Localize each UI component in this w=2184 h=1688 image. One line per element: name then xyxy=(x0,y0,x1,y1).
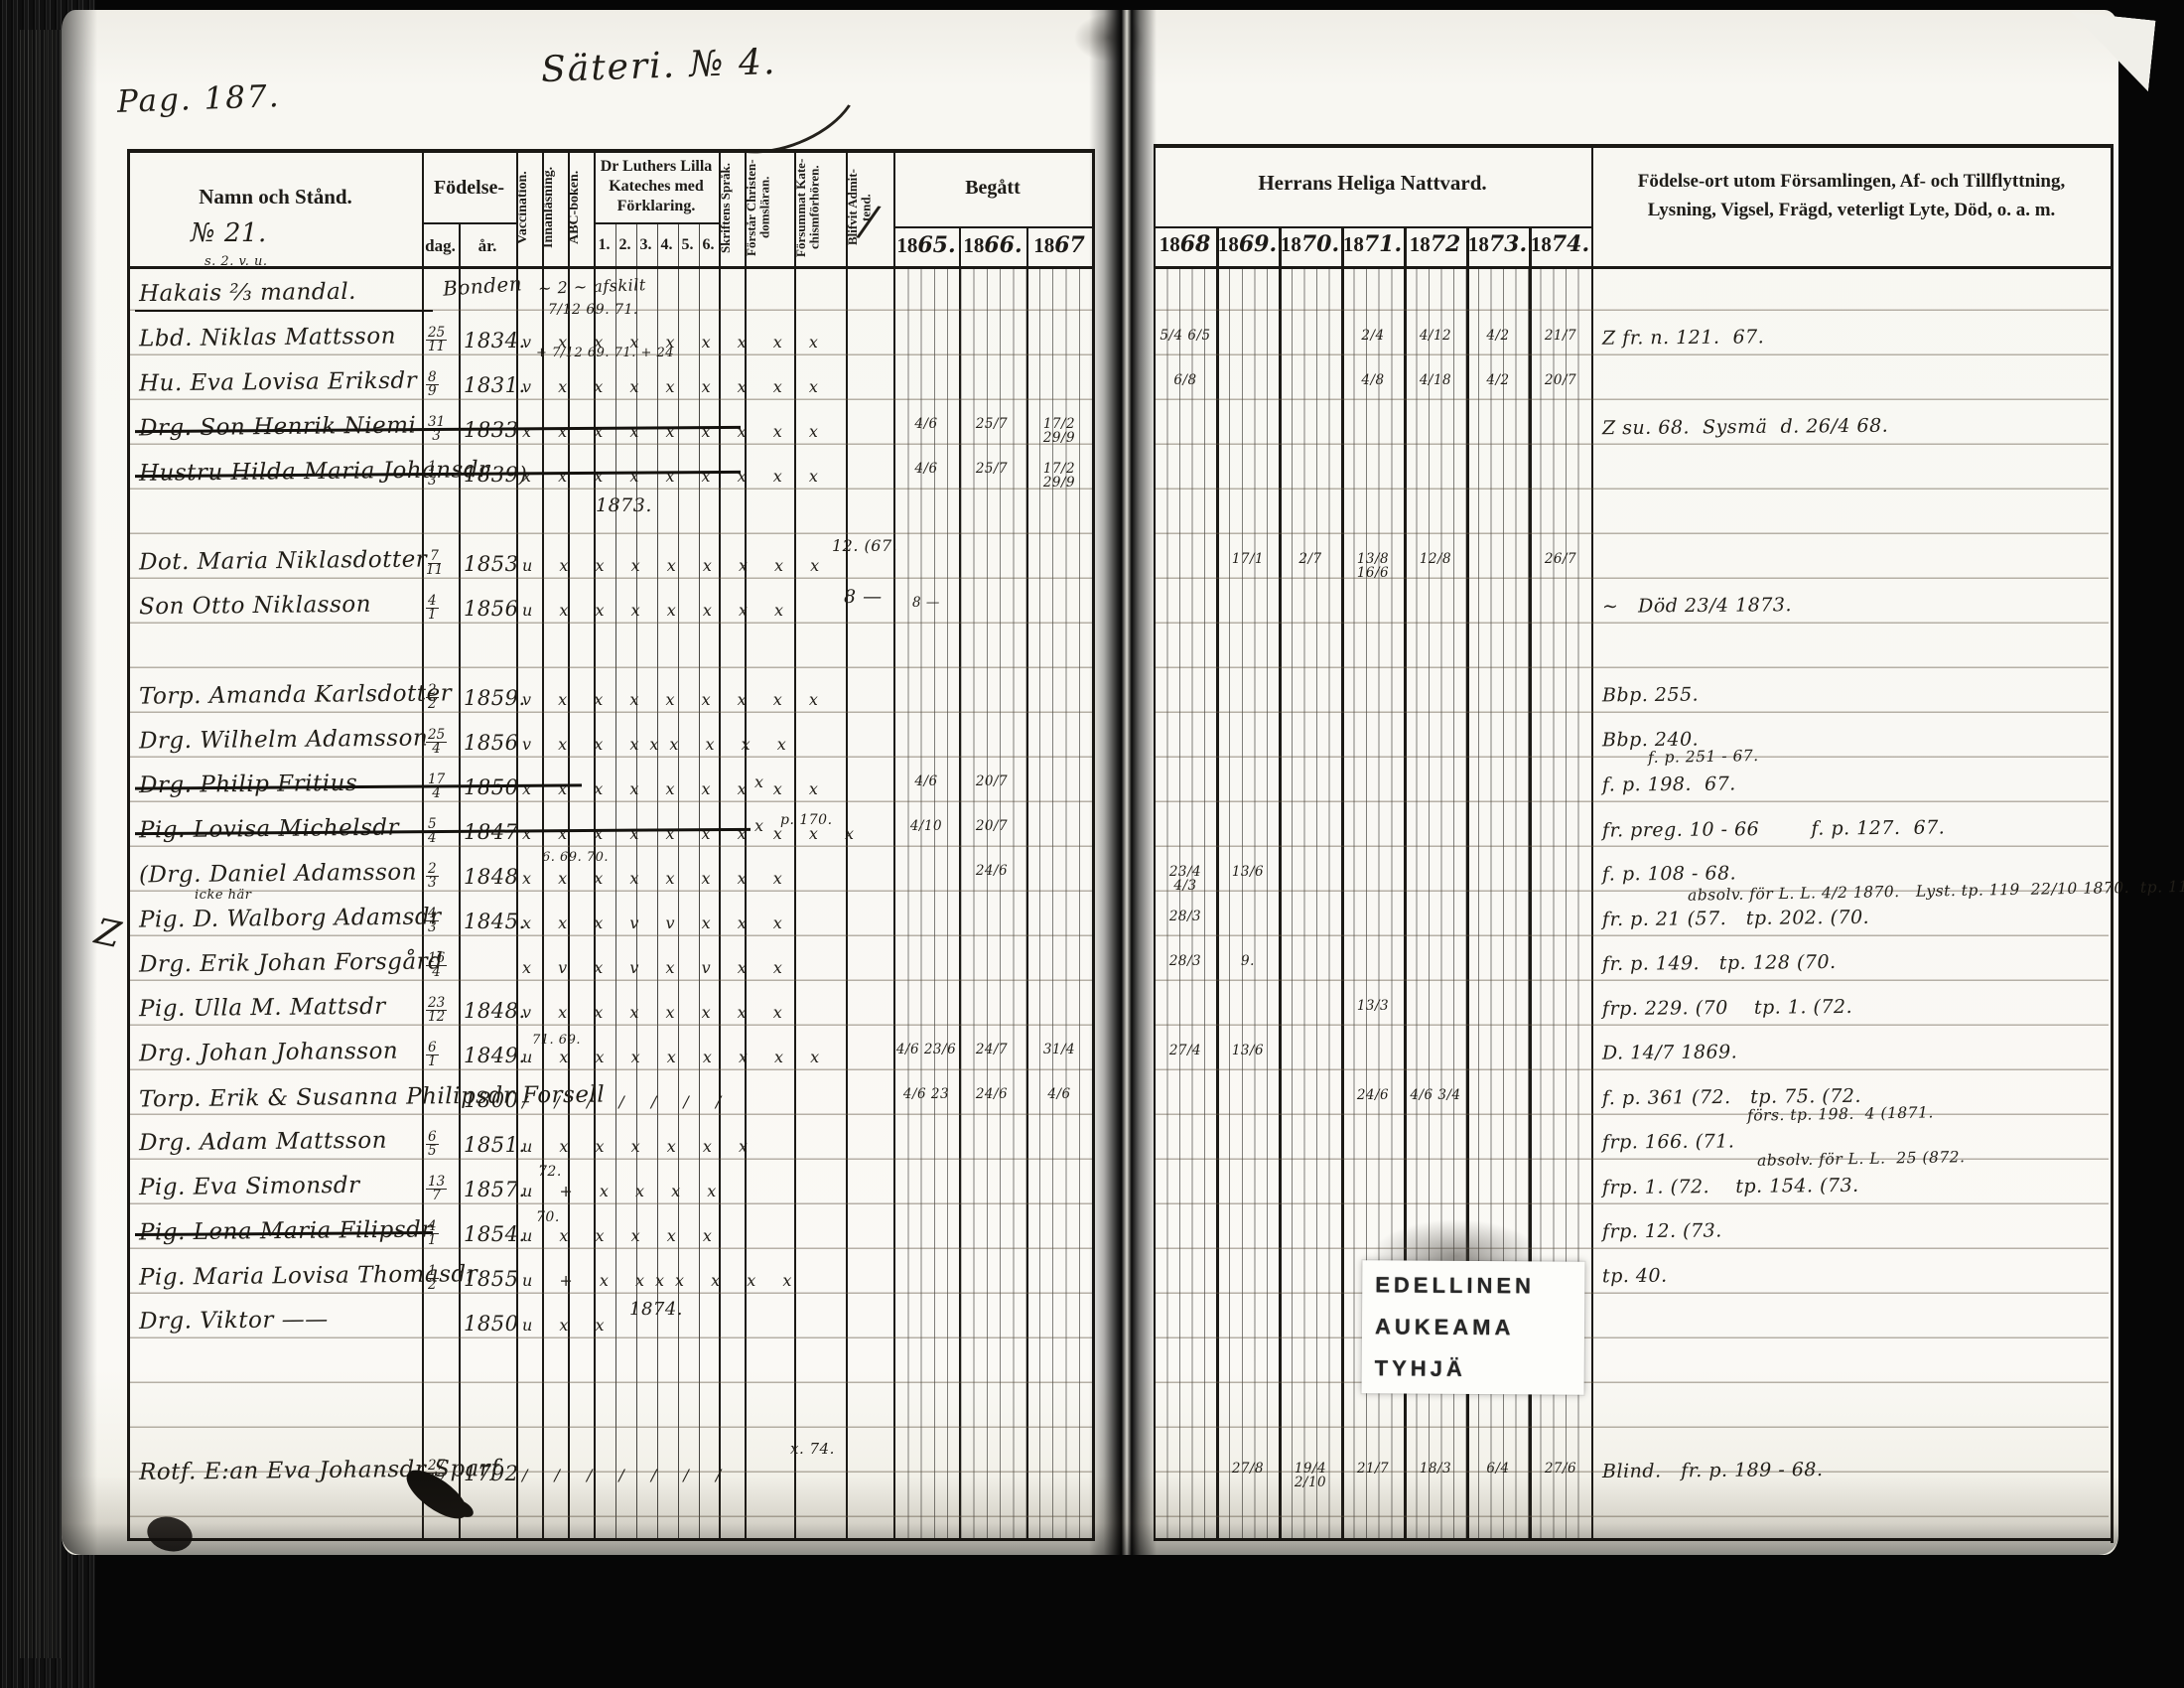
row-nattvard-1871: 13/3 xyxy=(1343,999,1403,1013)
kateches-subcol-2: 2. xyxy=(614,236,635,254)
row-nattvard-1874: 26/7 xyxy=(1531,552,1590,566)
row-birth-year: 1831. xyxy=(464,373,526,397)
handwritten-annotation: 72. xyxy=(538,1164,562,1180)
row-nattvard-1869: 13/6 xyxy=(1218,865,1278,879)
row-name: Dot. Maria Niklasdotter xyxy=(139,546,428,575)
row-name: Pig. D. Walborg Adamsdr xyxy=(139,904,442,932)
row-note: tp. 40. xyxy=(1602,1265,1668,1288)
table-rule xyxy=(2111,144,2114,1543)
row-name: Drg. Wilhelm Adamsson xyxy=(139,725,429,754)
col-header-fodelse: Födelse- xyxy=(422,177,516,200)
table-rule xyxy=(1154,226,1591,228)
row-begatt-1865: 4/6 23/6 xyxy=(895,1043,957,1056)
row-exam-marks: v x x x x x x x x xyxy=(522,690,829,709)
kateches-subcol-6: 6. xyxy=(698,236,719,254)
handwritten-annotation: s. 2. v. u. xyxy=(205,254,268,269)
row-note: frp. 1. (72. tp. 154. (73. xyxy=(1602,1175,1859,1198)
row-exam-marks: u + x x x x xyxy=(522,1182,727,1200)
col-header-innanlasning: Innanläsning. xyxy=(542,152,568,263)
row-nattvard-1871: 13/8 16/6 xyxy=(1343,552,1403,580)
table-rule xyxy=(422,222,516,224)
row-nattvard-1872: 4/12 xyxy=(1406,329,1465,343)
row-guide-lines xyxy=(1156,266,2109,1538)
stamp-line-3: TYHJÄ xyxy=(1375,1355,1466,1382)
row-nattvard-1868: 28/3 xyxy=(1156,910,1215,923)
row-begatt-1867: 4/6 xyxy=(1028,1087,1090,1101)
col-header-herrans-heliga-nattvard: Herrans Heliga Nattvard. xyxy=(1154,171,1591,196)
handwritten-annotation: 8 — xyxy=(844,586,883,608)
row-note: frp. 229. (70 tp. 1. (72. xyxy=(1602,996,1852,1020)
handwritten-annotation: x xyxy=(754,773,764,791)
row-name: Lbd. Niklas Mattsson xyxy=(139,324,396,352)
row-birth-year: 1854. xyxy=(464,1222,526,1246)
row-exam-marks: u x x x x x x x xyxy=(522,601,794,620)
row-exam-marks: x x x x x x x x x xyxy=(522,467,829,486)
year-header-1869: 1869. xyxy=(1216,231,1279,257)
table-rule xyxy=(127,149,1095,153)
handwritten-annotation: 7/12 69. 71. xyxy=(548,302,638,318)
row-note: f. p. 108 - 68. xyxy=(1602,862,1736,885)
row-birth-day: 22 xyxy=(426,684,439,710)
row-nattvard-1869: 13/6 xyxy=(1218,1044,1278,1057)
handwritten-annotation: x. 74. xyxy=(790,1440,835,1458)
row-name: Pig. Eva Simonsdr xyxy=(139,1173,360,1200)
row-name: Drg. Erik Johan Forsgård xyxy=(139,948,444,977)
row-nattvard-1868: 23/4 4/3 xyxy=(1156,865,1215,893)
row-birth-year: 1856 xyxy=(464,597,518,621)
row-name: Son Otto Niklasson xyxy=(139,592,371,620)
scanned-parish-register-photo: Pag. 187. Säteri. № 4. Namn och Stånd. F… xyxy=(0,0,2184,1688)
row-begatt-1866: 20/7 xyxy=(961,819,1023,833)
year-header-1868: 1868 xyxy=(1154,231,1216,257)
kateches-subcol-1: 1. xyxy=(594,236,614,254)
row-birth-year: 1834. xyxy=(464,329,526,352)
row-nattvard-1874: 27/6 xyxy=(1531,1462,1590,1476)
handwritten-annotation: icke här xyxy=(195,888,251,903)
row-birth-year: 1850 xyxy=(464,775,518,799)
handwritten-annotation: 12. (67. xyxy=(832,536,897,555)
page-edge-shadow xyxy=(62,10,97,1555)
handwritten-annotation: + 7/12 69. 71. + 24 xyxy=(536,346,674,360)
row-birth-year: 1851. xyxy=(464,1133,526,1157)
row-begatt-1866: 25/7 xyxy=(961,417,1023,431)
row-note: frp. 166. (71. xyxy=(1602,1130,1735,1153)
row-exam-marks: / / / / / / / xyxy=(522,1092,732,1111)
handwritten-annotation: p. 170. xyxy=(780,812,833,828)
col-header-abc-boken: ABC-boken. xyxy=(568,152,594,263)
row-begatt-1867: 31/4 xyxy=(1028,1043,1090,1056)
col-header-dag: dag. xyxy=(422,236,459,256)
row-note: ~ Död 23/4 1873. xyxy=(1602,594,1792,618)
row-guide-lines xyxy=(130,266,1092,1538)
handwritten-annotation: 6. 69. 70. xyxy=(542,850,609,865)
handwritten-annotation: 1873. xyxy=(596,494,652,516)
kateches-subcol-4: 4. xyxy=(656,236,677,254)
row-nattvard-1872: 4/18 xyxy=(1406,373,1465,387)
row-birth-year: 1855 xyxy=(464,1267,518,1291)
row-underline xyxy=(135,310,433,312)
row-begatt-1866: 25/7 xyxy=(961,462,1023,476)
handwritten-annotation: 70. xyxy=(536,1209,560,1225)
row-birth-year: 1849. xyxy=(464,1044,526,1067)
stamp-line-1: EDELLINEN xyxy=(1375,1272,1535,1299)
row-begatt-1865: 4/6 23 xyxy=(895,1087,957,1101)
row-note-second-line: förs. tp. 198. 4 (1871. xyxy=(1747,1103,1934,1124)
row-birth-day: 2312 xyxy=(426,997,447,1023)
row-nattvard-1871: 21/7 xyxy=(1343,1462,1403,1476)
row-nattvard-1869: 9. xyxy=(1218,954,1278,968)
page-number-label: Pag. 187. xyxy=(116,78,281,120)
row-birth-year: 1848. xyxy=(464,999,526,1023)
year-header-1866: 1866. xyxy=(959,232,1026,258)
row-name: Hakais ⅔ mandal. xyxy=(139,279,356,307)
row-note: Bbp. 255. xyxy=(1602,684,1699,707)
row-exam-marks: u x x x x x x xyxy=(522,1137,758,1156)
row-nattvard-1869: 17/1 xyxy=(1218,552,1278,566)
col-header-namn-och-stand: Namn och Stånd. xyxy=(129,185,422,210)
row-note: fr. p. 149. tp. 128 (70. xyxy=(1602,951,1837,975)
row-birth-day: 61 xyxy=(426,1042,439,1067)
row-name: Drg. Johan Johansson xyxy=(139,1039,398,1067)
row-nattvard-1873: 4/2 xyxy=(1468,329,1528,343)
handwritten-annotation: 71. 69. xyxy=(532,1033,581,1048)
row-nattvard-1874: 20/7 xyxy=(1531,373,1590,387)
year-header-1874: 1874. xyxy=(1529,231,1591,257)
row-birth-day: 164 xyxy=(426,952,447,978)
row-birth-day: 254 xyxy=(426,729,447,755)
row-note: fr. p. 21 (57. tp. 202. (70. xyxy=(1602,907,1869,930)
row-birth-day: 23 xyxy=(426,863,439,889)
row-note: Z su. 68. Sysmä d. 26/4 68. xyxy=(1602,415,1888,440)
row-exam-marks: u x x x x x x x x xyxy=(522,556,830,575)
row-nattvard-1869: 27/8 xyxy=(1218,1462,1278,1476)
row-name: Pig. Ulla M. Mattsdr xyxy=(139,994,386,1023)
row-birth-day: 711 xyxy=(426,550,443,576)
row-nattvard-1871: 4/8 xyxy=(1343,373,1403,387)
year-header-1871: 1871. xyxy=(1341,231,1404,257)
col-header-kateches: Dr Luthers Lilla Kateches med Förklaring… xyxy=(594,157,719,216)
row-birth-day: 41 xyxy=(426,595,439,621)
kateches-subcol-3: 3. xyxy=(635,236,656,254)
row-begatt-1866: 20/7 xyxy=(961,774,1023,788)
col-header-ar: år. xyxy=(459,236,516,256)
row-note: D. 14/7 1869. xyxy=(1602,1041,1737,1063)
page-stack-edge xyxy=(20,30,62,1658)
row-birth-year: 1853 xyxy=(464,552,518,576)
row-name: Drg. Philip Fritius xyxy=(139,771,357,798)
row-note: f. p. 198. 67. xyxy=(1602,773,1736,795)
col-header-forstar-christendomslaran: Förstår Christen- domsläran. xyxy=(745,151,794,264)
year-header-1870: 1870. xyxy=(1279,231,1341,257)
row-begatt-1865: 8 — xyxy=(895,596,957,610)
row-name: Drg. Viktor —— xyxy=(139,1307,329,1335)
row-birth-year: 1848 xyxy=(464,865,518,889)
row-exam-marks: u x x x x x xyxy=(522,1226,723,1245)
row-birth-year: 1850 xyxy=(464,1312,518,1336)
row-exam-marks: x x x x x x x x x xyxy=(522,779,829,798)
row-begatt-1866: 24/6 xyxy=(961,1087,1023,1101)
col-header-begatt: Begått xyxy=(893,177,1092,200)
row-name: (Drg. Daniel Adamsson xyxy=(139,860,417,889)
col-header-fodelseort-anteckningar: Födelse-ort utom Församlingen, Af- och T… xyxy=(1606,167,2097,225)
row-nattvard-1872: 4/6 3/4 xyxy=(1406,1088,1465,1102)
row-nattvard-1873: 6/4 xyxy=(1468,1462,1528,1476)
kateches-subcol-5: 5. xyxy=(677,236,698,254)
row-exam-marks: u x x x x x x x x xyxy=(522,1048,830,1066)
handwritten-annotation: 1874. xyxy=(629,1299,683,1320)
year-header-1867: 1867 xyxy=(1026,232,1092,258)
row-note-second-line: f. p. 251 - 67. xyxy=(1648,747,1759,767)
row-exam-marks: x x x x x x x x xyxy=(522,869,793,888)
col-header-vaccination: Vaccination. xyxy=(516,152,542,263)
row-nattvard-1874: 21/7 xyxy=(1531,329,1590,343)
row-name: Drg. Son Henrik Niemi xyxy=(139,413,417,442)
row-exam-marks: v x x x x x x x xyxy=(522,1003,793,1022)
handwritten-annotation: x xyxy=(754,816,764,835)
row-nattvard-1872: 12/8 xyxy=(1406,552,1465,566)
stamp-line-2: AUKEAMA xyxy=(1375,1314,1515,1340)
row-birth-day: 12 xyxy=(426,1265,439,1291)
book-gutter-fold xyxy=(1089,10,1157,1555)
year-header-1873: 1873. xyxy=(1466,231,1529,257)
row-note: Z fr. n. 121. 67. xyxy=(1602,326,1764,349)
row-birth-day: 89 xyxy=(426,371,439,397)
handwritten-annotation: № 21. xyxy=(191,218,267,248)
row-begatt-1865: 4/6 xyxy=(895,417,957,431)
row-birth-year: 1845. xyxy=(464,910,526,933)
col-header-forsummat-katechismforhoren: Försummat Kate- chismförhören. xyxy=(794,151,846,264)
page-edge-shadow xyxy=(62,1476,2118,1555)
row-begatt-1865: 4/6 xyxy=(895,774,957,788)
row-exam-marks: u + x xxx x x x xyxy=(522,1271,802,1290)
archive-stamp: EDELLINEN AUKEAMA TYHJÄ xyxy=(1362,1260,1585,1395)
row-nattvard-1868: 5/4 6/5 xyxy=(1156,329,1215,343)
year-header-1872: 1872 xyxy=(1404,231,1466,257)
row-exam-marks: x x x v v x x x xyxy=(522,914,793,932)
col-header-skriftens-sprak: Skriftens Språk. xyxy=(719,151,745,264)
row-birth-day: 43 xyxy=(426,908,439,933)
row-begatt-1867: 17/2 29/9 xyxy=(1028,462,1090,490)
table-rule xyxy=(1154,144,2111,148)
row-begatt-1866: 24/7 xyxy=(961,1043,1023,1056)
row-name: Torp. Amanda Karlsdotter xyxy=(139,680,452,709)
row-exam-marks: x x x x x x x x x xyxy=(522,422,829,441)
row-nattvard-1868: 27/4 xyxy=(1156,1044,1215,1057)
row-begatt-1865: 4/6 xyxy=(895,462,957,476)
row-nattvard-1871: 24/6 xyxy=(1343,1088,1403,1102)
row-birth-year: 1800 xyxy=(464,1088,518,1112)
row-nattvard-1868: 6/8 xyxy=(1156,373,1215,387)
row-birth-year: 1859. xyxy=(464,686,526,710)
row-begatt-1865: 4/10 xyxy=(895,819,957,833)
row-birth-day: 65 xyxy=(426,1131,439,1157)
row-nattvard-1868: 28/3 xyxy=(1156,954,1215,968)
row-exam-marks: u x x xyxy=(522,1316,615,1335)
row-nattvard-1870: 2/7 xyxy=(1281,552,1340,566)
row-nattvard-1871: 2/4 xyxy=(1343,329,1403,343)
row-birth-year: 1856 xyxy=(464,731,518,755)
row-exam-marks: x v x v x v x x xyxy=(522,958,793,977)
row-name: Hu. Eva Lovisa Eriksdr xyxy=(139,368,417,397)
row-note: fr. preg. 10 - 66 f. p. 127. 67. xyxy=(1602,816,1945,841)
year-header-1865: 1865. xyxy=(893,232,959,258)
row-name: Drg. Adam Mattsson xyxy=(139,1128,387,1157)
handwritten-annotation: ~ 2 ~ afskilt xyxy=(538,275,646,298)
row-note-second-line: absolv. för L. L. 25 (872. xyxy=(1757,1148,1966,1170)
row-exam-marks: v x x xxx x x x xyxy=(522,735,797,754)
row-begatt-1866: 24/6 xyxy=(961,864,1023,878)
row-birth-year: 1857. xyxy=(464,1178,526,1201)
row-note: frp. 12. (73. xyxy=(1602,1219,1722,1242)
row-birth-day: 2511 xyxy=(426,327,447,352)
table-rule xyxy=(893,226,1095,228)
row-name: Pig. Lovisa Michelsdr xyxy=(139,815,399,844)
row-begatt-1867: 17/2 29/9 xyxy=(1028,417,1090,445)
row-nattvard-1872: 18/3 xyxy=(1406,1462,1465,1476)
row-exam-marks: v x x x x x x x x xyxy=(522,377,829,396)
row-birth-day: 137 xyxy=(426,1176,447,1201)
row-nattvard-1873: 4/2 xyxy=(1468,373,1528,387)
